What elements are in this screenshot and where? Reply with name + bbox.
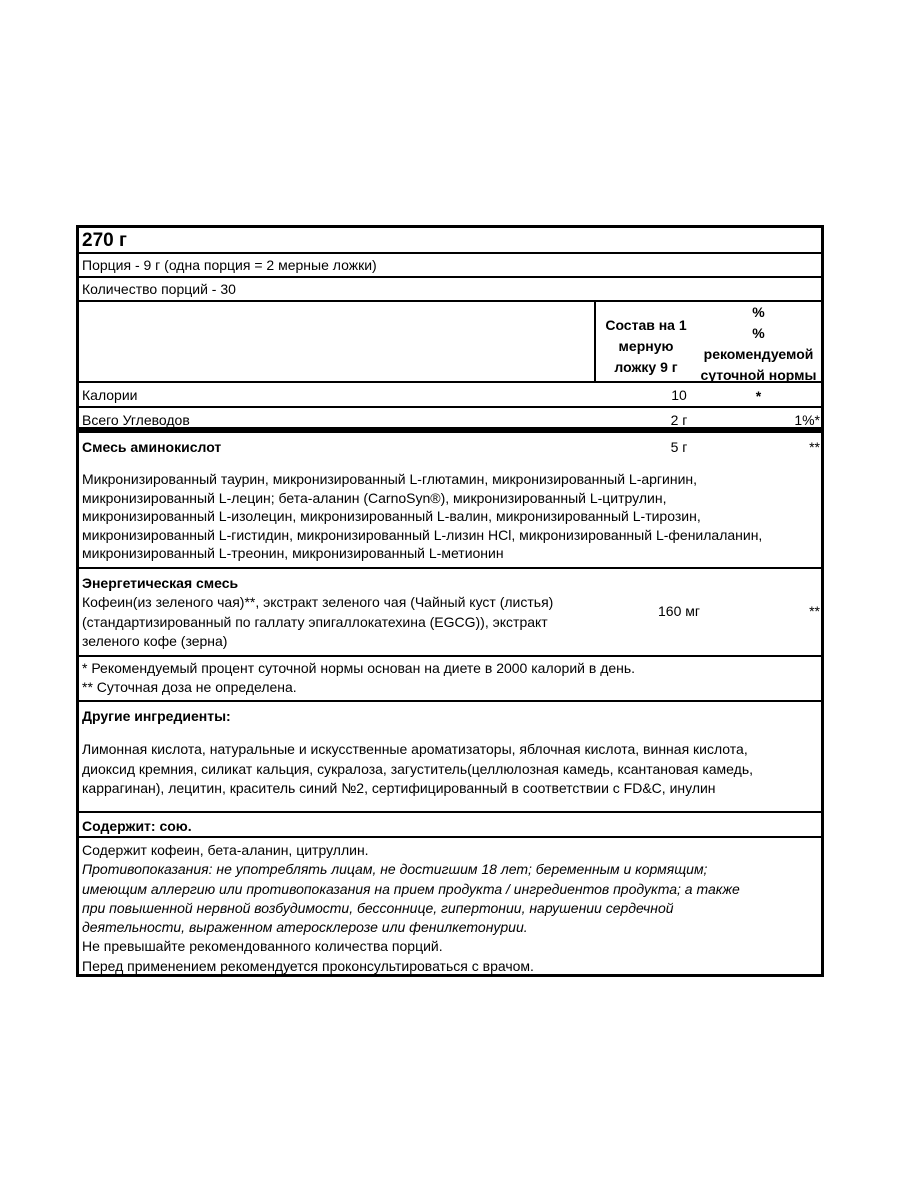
- nutrient-amount: 10: [624, 387, 734, 403]
- net-weight: 270 г: [79, 228, 821, 254]
- consult-line: Перед применением рекомендуется проконсу…: [82, 957, 820, 976]
- contraindication-line: имеющим аллергию или противопоказания на…: [82, 880, 820, 899]
- energy-blend-name: Энергетическая смесь: [82, 575, 238, 591]
- ingredient-line: зеленого кофе (зерна): [82, 632, 597, 652]
- servings-count: Количество порций - 30: [79, 278, 821, 298]
- allergens-row: Содержит: сою.: [79, 813, 821, 838]
- ingredient-line: (стандартизированный по галлату эпигалло…: [82, 613, 597, 633]
- amino-blend-dv: **: [809, 439, 820, 455]
- nutrient-amount: 2 г: [624, 412, 734, 428]
- other-ingredients-row: Другие ингредиенты: Лимонная кислота, на…: [79, 702, 821, 813]
- ingredient-line: Микронизированный таурин, микронизирован…: [82, 470, 817, 489]
- warnings-row: Содержит кофеин, бета-аланин, цитруллин.…: [79, 838, 821, 974]
- nutrient-name: Калории: [82, 387, 137, 403]
- nutrient-row-carbs: Всего Углеводов 2 г 1%*: [79, 408, 821, 433]
- nutrient-name: Всего Углеводов: [82, 412, 190, 428]
- ingredient-line: микронизированный L-треонин, микронизиро…: [82, 544, 817, 563]
- servings-count-row: Количество порций - 30: [79, 278, 821, 302]
- contraindication-line: деятельности, выраженном атеросклерозе и…: [82, 918, 820, 937]
- serving-size: Порция - 9 г (одна порция = 2 мерные лож…: [79, 254, 821, 274]
- limit-line: Не превышайте рекомендованного количеств…: [82, 937, 820, 956]
- contraindication-line: при повышенной нервной возбудимости, бес…: [82, 899, 820, 918]
- allergens: Содержит: сою.: [82, 818, 192, 834]
- energy-blend-row: Энергетическая смесь Кофеин(из зеленого …: [79, 569, 821, 657]
- ingredient-line: микронизированный L-лецин; бета-аланин (…: [82, 489, 817, 508]
- warnings: Содержит кофеин, бета-аланин, цитруллин.…: [82, 841, 820, 976]
- amino-blend-row: Смесь аминокислот 5 г ** Микронизированн…: [79, 433, 821, 569]
- header-amount: Состав на 1 мерную ложку 9 г: [596, 302, 696, 381]
- contraindication-line: Противопоказания: не употреблять лицам, …: [82, 860, 820, 879]
- header-blank-cell: [79, 302, 596, 381]
- energy-blend-ingredients: Кофеин(из зеленого чая)**, экстракт зеле…: [82, 593, 597, 652]
- ingredient-line: Кофеин(из зеленого чая)**, экстракт зеле…: [82, 593, 597, 613]
- nutrient-row-calories: Калории 10: [79, 383, 821, 408]
- energy-blend-amount: 160 мг: [624, 603, 734, 619]
- footnotes-row: * Рекомендуемый процент суточной нормы о…: [79, 657, 821, 702]
- amino-blend-ingredients: Микронизированный таурин, микронизирован…: [82, 470, 817, 563]
- footnote: * Рекомендуемый процент суточной нормы о…: [82, 659, 821, 678]
- contains-line: Содержит кофеин, бета-аланин, цитруллин.: [82, 841, 820, 860]
- nutrient-dv: 1%*: [794, 412, 820, 428]
- amino-blend-name: Смесь аминокислот: [82, 439, 221, 455]
- ingredient-line: Лимонная кислота, натуральные и искусств…: [82, 740, 820, 760]
- header-daily-value: % % рекомендуемой суточной нормы *: [696, 302, 821, 381]
- ingredient-line: микронизированный L-изолецин, микронизир…: [82, 507, 817, 526]
- ingredient-line: каррагинан), лецитин, краситель синий №2…: [82, 779, 820, 799]
- other-ingredients-heading: Другие ингредиенты:: [82, 708, 231, 724]
- other-ingredients-list: Лимонная кислота, натуральные и искусств…: [82, 740, 820, 799]
- amino-blend-amount: 5 г: [624, 439, 734, 455]
- energy-blend-dv: **: [809, 603, 820, 619]
- footnote: ** Суточная доза не определена.: [82, 678, 821, 697]
- serving-size-row: Порция - 9 г (одна порция = 2 мерные лож…: [79, 254, 821, 278]
- nutrition-facts-label: 270 г Порция - 9 г (одна порция = 2 мерн…: [76, 225, 824, 977]
- ingredient-line: микронизированный L-гистидин, микронизир…: [82, 526, 817, 545]
- column-header-row: Состав на 1 мерную ложку 9 г % % рекомен…: [79, 302, 821, 383]
- footnotes: * Рекомендуемый процент суточной нормы о…: [79, 657, 821, 697]
- ingredient-line: диоксид кремния, силикат кальция, сукрал…: [82, 760, 820, 780]
